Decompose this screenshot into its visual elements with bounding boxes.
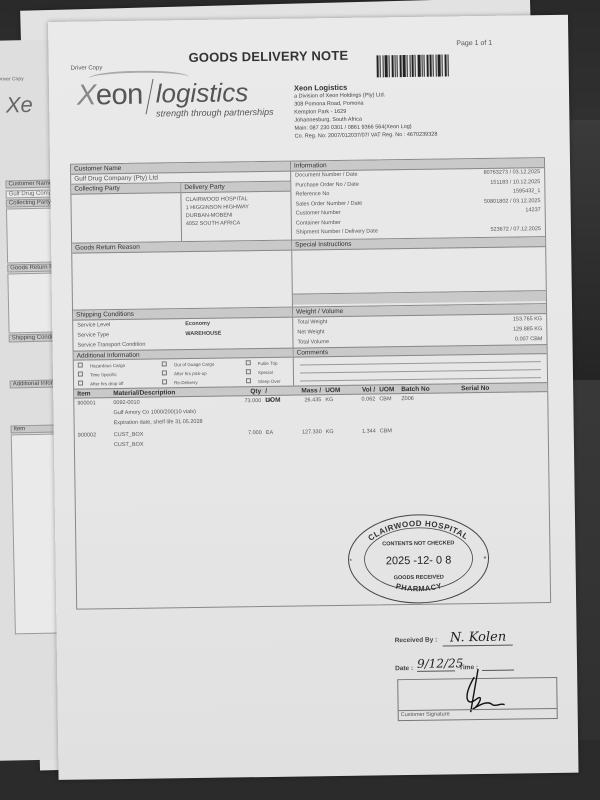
received-by-field[interactable]: N. Kolen <box>443 630 513 647</box>
checkbox-label: After hrs drop off <box>90 380 162 386</box>
checkbox-label: Time Specific <box>90 371 162 377</box>
checkbox[interactable] <box>246 378 258 384</box>
checkbox-icon <box>78 381 83 386</box>
info-label: Reference No <box>295 190 329 200</box>
received-by-label: Received By : <box>395 637 438 645</box>
checkbox-label: Re-Delivery <box>174 379 246 385</box>
svg-text:CONTENTS NOT CHECKED: CONTENTS NOT CHECKED <box>382 540 454 547</box>
checkbox[interactable] <box>162 361 174 367</box>
svg-text:PHARMACY: PHARMACY <box>395 581 443 594</box>
logo-divider <box>145 79 153 115</box>
back-logo: Xe <box>6 92 33 119</box>
checkbox[interactable] <box>78 380 90 386</box>
customer-signature-box[interactable]: Customer Signature <box>397 677 558 721</box>
logo-xeon: Xeon <box>77 79 143 113</box>
received-by: Received By : N. Kolen <box>395 630 514 648</box>
info-label: Shipment Number / Delivery Date <box>296 227 378 238</box>
checkbox-icon <box>246 360 251 365</box>
logo-logistics: logistics <box>156 77 274 109</box>
logo-tagline: strength through partnerships <box>156 107 274 119</box>
info-value: 14237 <box>525 206 540 216</box>
pharmacy-stamp: CLAIRWOOD HOSPITAL PHARMACY CONTENTS NOT… <box>343 506 494 608</box>
svg-text:GOODS RECEIVED: GOODS RECEIVED <box>394 575 444 582</box>
goods-return-box <box>72 251 292 310</box>
company-line: Co. Reg. No: 2007/012037/07/ VAT Reg. No… <box>295 131 438 141</box>
checkbox-label: After hrs pick-up <box>174 370 246 376</box>
svg-text:2025 -12- 0 8: 2025 -12- 0 8 <box>386 554 452 567</box>
checkbox[interactable] <box>78 362 90 368</box>
checkbox-icon <box>246 369 251 374</box>
date-label: Date : <box>395 665 413 672</box>
shipping-rows: Service LevelEconomyService TypeWAREHOUS… <box>73 318 292 351</box>
signature-label: Customer Signature <box>399 708 557 720</box>
info-label: Sales Order Number / Date <box>296 199 363 209</box>
checkbox-icon <box>78 363 83 368</box>
weight-rows: Total Weight153.765 KGNet Weight129.885 … <box>293 314 546 348</box>
additional-checkboxes: Hazardous CargoOut of Guage CargoFutile … <box>74 358 293 389</box>
info-value: 1595432_1 <box>513 187 541 197</box>
checkbox[interactable] <box>246 369 258 375</box>
special-instructions-box <box>292 247 546 295</box>
back-copy-label: Driver Copy <box>0 76 24 83</box>
goods-delivery-note: Driver Copy Xeon logistics strength thro… <box>48 15 579 780</box>
svg-text:*: * <box>483 556 486 563</box>
checkbox-label: Out of Guage Cargo <box>174 361 246 367</box>
checkbox[interactable] <box>162 379 174 385</box>
checkbox-icon <box>246 378 251 383</box>
checkbox-icon <box>162 361 167 366</box>
checkbox[interactable] <box>162 370 174 376</box>
document-title: GOODS DELIVERY NOTE <box>188 48 348 65</box>
driver-copy-label: Driver Copy <box>71 65 103 71</box>
company-address: Xeon Logistics a Division of Xeon Holdin… <box>294 83 438 141</box>
barcode <box>376 54 456 77</box>
checkbox-icon <box>78 372 83 377</box>
checkbox-icon <box>162 379 167 384</box>
checkbox[interactable] <box>246 360 258 366</box>
page-number: Page 1 of 1 <box>456 40 492 47</box>
checkbox-icon <box>162 370 167 375</box>
checkbox[interactable] <box>78 371 90 377</box>
info-label: Purchase Order No / Date <box>295 180 359 190</box>
delivery-party-address: CLAIRWOOD HOSPITAL 1 HIGGINSON HIGHWAY D… <box>181 192 291 242</box>
checkbox-label: Hazardous Cargo <box>90 362 162 368</box>
collecting-party-value <box>71 193 181 243</box>
information-rows: Document Number / Date80763273 / 03.12.2… <box>291 168 545 238</box>
xeon-logo: Xeon logistics strength through partners… <box>77 77 274 120</box>
info-value: 523672 / 07.12.2025 <box>490 225 541 235</box>
svg-text:*: * <box>350 559 353 565</box>
